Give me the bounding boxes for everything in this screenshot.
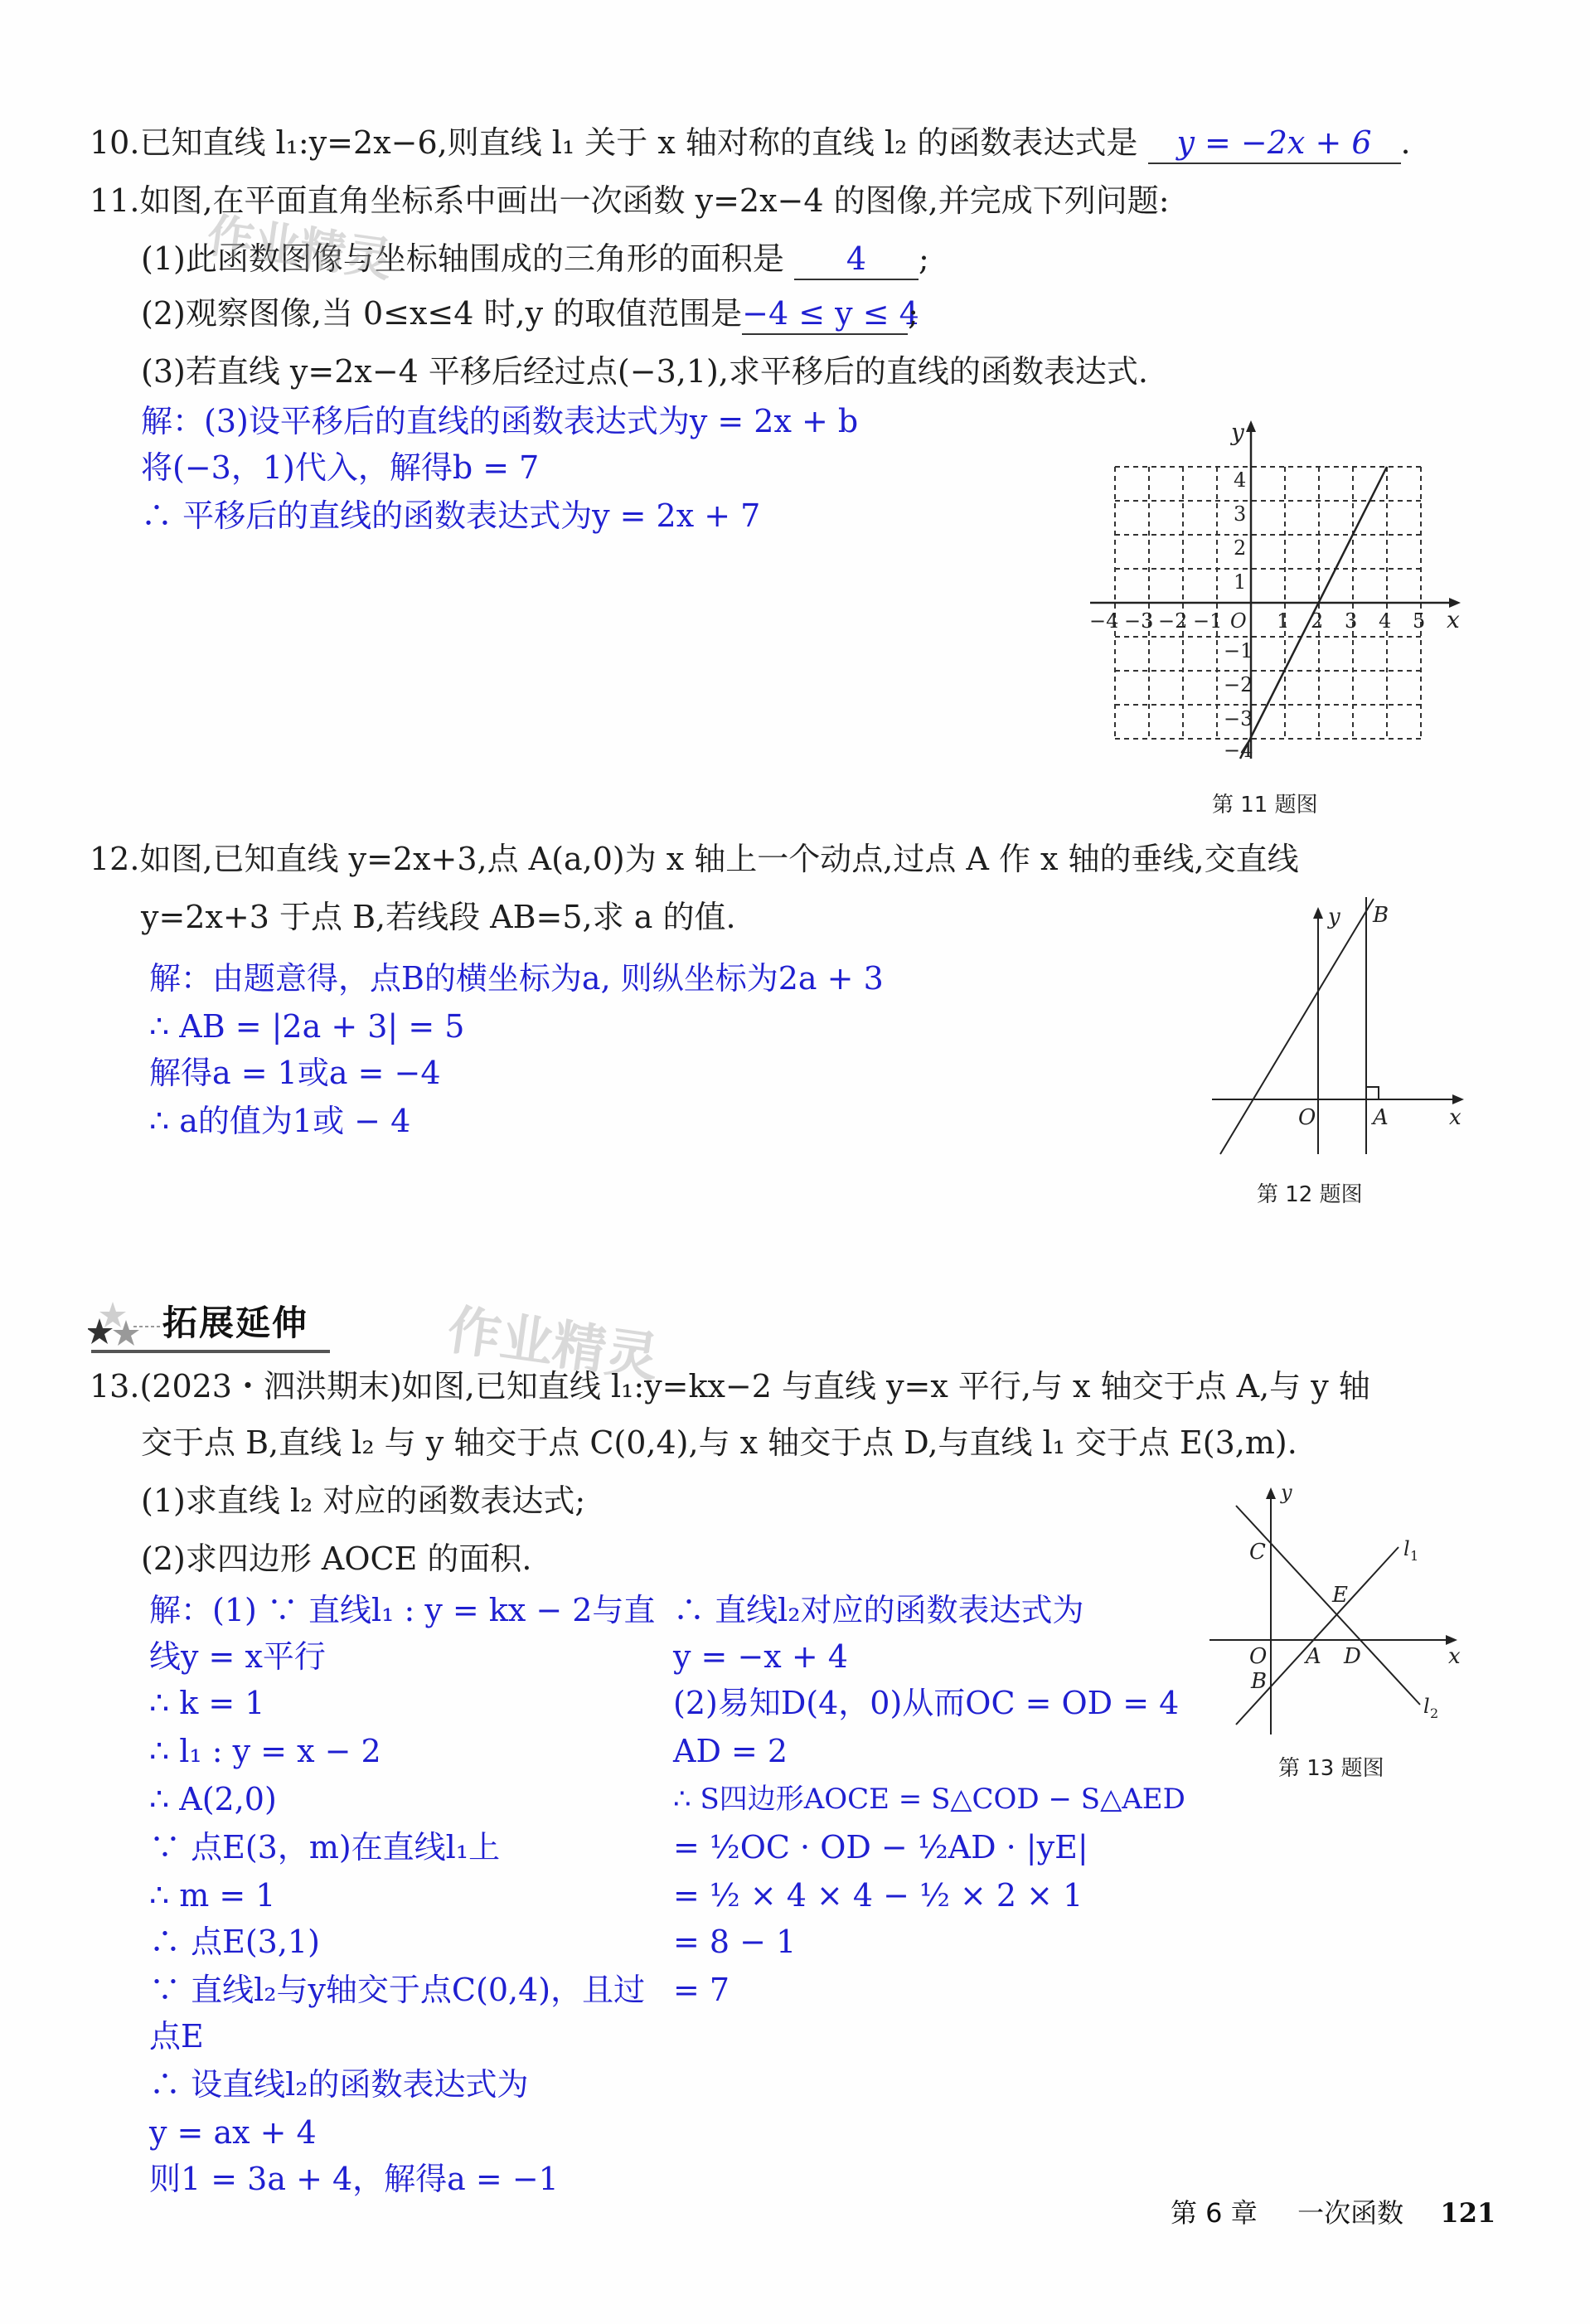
answer-blank: −4 ≤ y ≤ 4	[742, 294, 908, 335]
figure-13-caption: 第 13 题图	[1278, 1751, 1384, 1782]
question-13-part-2: (2)求四边形 AOCE 的面积.	[141, 1539, 531, 1579]
q13-solution-right-2: y = −x + 4	[673, 1637, 848, 1676]
svg-text:B: B	[1250, 1669, 1267, 1694]
svg-text:1: 1	[1234, 570, 1246, 594]
chapter-number: 第 6 章	[1171, 2197, 1258, 2229]
figure-12-caption: 第 12 题图	[1257, 1177, 1363, 1208]
stars-icon	[88, 1300, 162, 1350]
svg-text:l: l	[1423, 1695, 1430, 1718]
y-label: y	[1327, 905, 1340, 929]
q11-solution-line-3: ∴ 平移后的直线的函数表达式为y = 2x + 7	[141, 496, 760, 536]
punctuation: ;	[919, 240, 929, 277]
point-b-label: B	[1372, 903, 1389, 928]
svg-text:2: 2	[1430, 1705, 1438, 1721]
figure-13-graph: y C E l1 O A D x B l2	[1198, 1476, 1496, 1741]
svg-text:−1: −1	[1193, 609, 1222, 633]
svg-text:O: O	[1230, 609, 1247, 633]
section-title: 拓展延伸	[162, 1300, 308, 1346]
q12-solution-line-2: ∴ AB = |2a + 3| = 5	[149, 1007, 464, 1046]
punctuation: ;	[908, 295, 919, 332]
svg-text:4: 4	[1234, 468, 1246, 492]
question-number: 10.	[90, 124, 139, 161]
svg-text:−3: −3	[1224, 707, 1253, 730]
answer-blank: y = −2x + 6	[1148, 123, 1401, 164]
q13-solution-left-3: ∴ k = 1	[149, 1683, 264, 1723]
q13-solution-left-13: 则1 = 3a + 4，解得a = −1	[149, 2159, 559, 2199]
question-number: 11.	[90, 182, 139, 219]
q13-solution-left-9: ∵ 直线l₂与y轴交于点C(0,4)，且过	[149, 1970, 645, 2010]
q13-solution-left-11: ∴ 设直线l₂的函数表达式为	[149, 2064, 528, 2104]
point-a-label: A	[1371, 1105, 1389, 1130]
q13-solution-left-5: ∴ A(2,0)	[149, 1779, 277, 1819]
q13-solution-right-9: = 7	[673, 1970, 730, 2010]
q13-solution-right-7: = ½ × 4 × 4 − ½ × 2 × 1	[673, 1875, 1083, 1915]
question-13: 13.(2023・泗洪期末)如图,已知直线 l₁:y=kx−2 与直线 y=x …	[90, 1366, 1370, 1406]
textbook-page: 10.已知直线 l₁:y=2x−6,则直线 l₁ 关于 x 轴对称的直线 l₂ …	[0, 0, 1590, 2324]
x-axis-label: x	[1447, 606, 1460, 633]
page-number: 121	[1440, 2197, 1495, 2229]
question-10: 10.已知直线 l₁:y=2x−6,则直线 l₁ 关于 x 轴对称的直线 l₂ …	[90, 123, 1411, 164]
q11-solution-line-2: 将(−3，1)代入，解得b = 7	[141, 448, 539, 488]
q13-solution-right-5: ∴ S四边形AOCE = S△COD − S△AED	[673, 1779, 1185, 1819]
svg-text:3: 3	[1234, 502, 1246, 526]
svg-text:D: D	[1343, 1644, 1361, 1669]
svg-text:A: A	[1304, 1644, 1321, 1669]
origin-label: O	[1298, 1105, 1316, 1130]
svg-text:−1: −1	[1224, 639, 1253, 662]
svg-text:O: O	[1249, 1644, 1267, 1669]
svg-text:4: 4	[1379, 609, 1391, 633]
page-footer: 第 6 章 一次函数 121	[1171, 2192, 1495, 2230]
svg-text:−2: −2	[1158, 609, 1187, 633]
answer-blank: 4	[794, 239, 919, 280]
svg-text:l: l	[1403, 1537, 1410, 1560]
q13-solution-right-1: ∴ 直线l₂对应的函数表达式为	[673, 1590, 1083, 1630]
q13-solution-left-7: ∴ m = 1	[149, 1875, 275, 1915]
question-number: 13.	[90, 1368, 139, 1405]
x-label: x	[1449, 1105, 1462, 1130]
svg-text:E: E	[1331, 1583, 1348, 1608]
part-text: (2)观察图像,当 0≤x≤4 时,y 的取值范围是	[141, 295, 742, 332]
q12-solution-line-1: 解：由题意得，点B的横坐标为a, 则纵坐标为2a + 3	[149, 958, 884, 998]
answer-value: −4 ≤ y ≤ 4	[742, 295, 919, 332]
q13-solution-left-12: y = ax + 4	[149, 2113, 317, 2152]
svg-text:−4: −4	[1224, 739, 1253, 762]
question-13-part-1: (1)求直线 l₂ 对应的函数表达式;	[141, 1481, 585, 1521]
svg-text:5: 5	[1413, 609, 1425, 633]
section-underline	[91, 1350, 330, 1353]
question-12-line-2: y=2x+3 于点 B,若线段 AB=5,求 a 的值.	[141, 897, 736, 937]
q13-solution-right-6: = ½OC · OD − ½AD · |yE|	[673, 1827, 1088, 1867]
figure-12-graph: y B O A x	[1202, 895, 1484, 1161]
svg-text:3: 3	[1345, 609, 1357, 633]
question-number: 12.	[90, 841, 139, 877]
svg-text:2: 2	[1311, 609, 1323, 633]
figure-11-graph: y x −4 −3 −2 −1 O 1 2 3 4 5 4 3 2 1 −1 −…	[1078, 410, 1476, 775]
svg-text:1: 1	[1410, 1548, 1418, 1564]
q13-solution-right-8: = 8 − 1	[673, 1922, 796, 1962]
q13-solution-left-10: 点E	[149, 2016, 204, 2056]
q13-solution-left-4: ∴ l₁ : y = x − 2	[149, 1731, 381, 1771]
question-text: (2023・泗洪期末)如图,已知直线 l₁:y=kx−2 与直线 y=x 平行,…	[139, 1368, 1369, 1405]
q12-solution-line-3: 解得a = 1或a = −4	[149, 1053, 441, 1093]
question-text: 如图,已知直线 y=2x+3,点 A(a,0)为 x 轴上一个动点,过点 A 作…	[139, 841, 1298, 877]
q13-solution-left-6: ∵ 点E(3，m)在直线l₁上	[149, 1827, 500, 1867]
question-11-part-3: (3)若直线 y=2x−4 平移后经过点(−3,1),求平移后的直线的函数表达式…	[141, 352, 1148, 391]
part-text: (3)若直线 y=2x−4 平移后经过点(−3,1),求平移后的直线的函数表达式…	[141, 353, 1148, 390]
q13-solution-left-1: 解：(1) ∵ 直线l₁ : y = kx − 2与直	[149, 1590, 655, 1630]
q13-solution-right-3: (2)易知D(4，0)从而OC = OD = 4	[673, 1683, 1179, 1723]
chapter-title: 一次函数	[1297, 2197, 1403, 2229]
q11-solution-line-1: 解：(3)设平移后的直线的函数表达式为y = 2x + b	[141, 401, 858, 441]
svg-text:x: x	[1448, 1644, 1461, 1669]
answer-value: y = −2x + 6	[1176, 124, 1371, 161]
svg-text:−4: −4	[1089, 609, 1118, 633]
y-axis-label: y	[1229, 419, 1245, 446]
svg-text:1: 1	[1277, 609, 1289, 633]
svg-text:−3: −3	[1124, 609, 1153, 633]
question-12: 12.如图,已知直线 y=2x+3,点 A(a,0)为 x 轴上一个动点,过点 …	[90, 839, 1299, 879]
svg-text:−2: −2	[1224, 673, 1253, 696]
svg-text:C: C	[1249, 1540, 1266, 1565]
svg-text:y: y	[1280, 1481, 1292, 1504]
question-13-line-2: 交于点 B,直线 l₂ 与 y 轴交于点 C(0,4),与 x 轴交于点 D,与…	[141, 1423, 1297, 1463]
question-11-part-2: (2)观察图像,当 0≤x≤4 时,y 的取值范围是−4 ≤ y ≤ 4;	[141, 294, 919, 335]
q13-solution-left-2: 线y = x平行	[149, 1637, 326, 1676]
q13-solution-left-8: ∴ 点E(3,1)	[149, 1922, 320, 1962]
punctuation: .	[1401, 124, 1411, 161]
question-text: 已知直线 l₁:y=2x−6,则直线 l₁ 关于 x 轴对称的直线 l₂ 的函数…	[139, 124, 1137, 161]
q12-solution-line-4: ∴ a的值为1或 − 4	[149, 1101, 410, 1141]
q13-solution-right-4: AD = 2	[673, 1731, 788, 1771]
answer-value: 4	[846, 240, 866, 277]
svg-text:2: 2	[1234, 536, 1246, 560]
figure-11-caption: 第 11 题图	[1212, 788, 1318, 818]
